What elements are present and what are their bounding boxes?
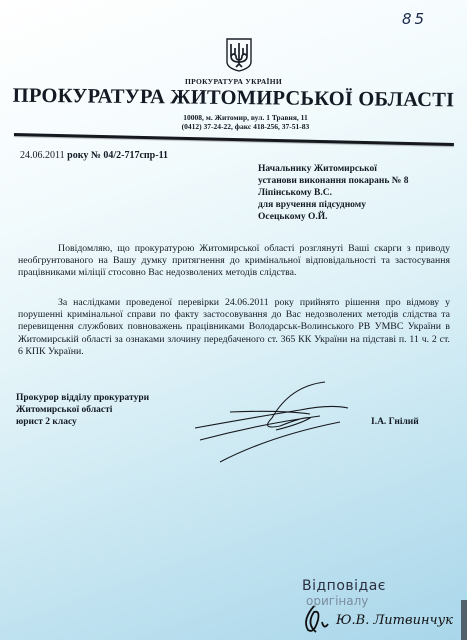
organization-title: ПРОКУРАТУРА ЖИТОМИРСЬКОЇ ОБЛАСТІ (0, 85, 467, 113)
address-line: 10008, м. Житомир, вул. 1 Травня, 11 (12, 113, 467, 122)
handwritten-certification-signature-icon: Ю.В. Литвинчук (300, 602, 460, 636)
phone-fax-line: (0412) 37-24-22, факс 418-256, 37-51-83 (12, 122, 467, 131)
addressee-block: Начальнику Житомирської установи виконан… (258, 163, 408, 223)
trident-coat-of-arms-icon (226, 38, 252, 72)
reference-label: року № (67, 150, 101, 161)
signer-name: І.А. Гнілий (371, 417, 419, 427)
body-paragraph-1: Повідомляю, що прокуратурою Житомирської… (18, 243, 450, 280)
signer-title-line: Житомирської області (16, 404, 149, 416)
addressee-line: Осецькому О.Й. (258, 211, 408, 223)
body-paragraph-2: За наслідками проведеної перевірки 24.06… (18, 297, 450, 358)
svg-text:Ю.В. Литвинчук: Ю.В. Литвинчук (335, 613, 453, 628)
scanned-letter-page: 85 ПРОКУРАТУРА УКРАЇНИ ПРОКУРАТУРА ЖИТОМ… (0, 0, 467, 640)
signer-title-line: Прокурор відділу прокуратури (16, 392, 149, 404)
scan-edge-artifact (461, 600, 467, 640)
addressee-line: Ліпінському В.С. (258, 187, 408, 199)
signature-scribble-icon (190, 380, 360, 465)
addressee-line: для вручення підсудному (258, 199, 408, 211)
reference-number: 04/2-717спр-11 (103, 150, 168, 161)
certification-stamp: Відповідає (302, 578, 386, 594)
header-divider (14, 133, 454, 146)
reference-line: 24.06.2011 року № 04/2-717спр-11 (20, 150, 168, 161)
signer-title-line: юрист 2 класу (16, 416, 149, 428)
addressee-line: Начальнику Житомирської (258, 163, 408, 175)
addressee-line: установи виконання покарань № 8 (258, 175, 408, 187)
handwritten-page-number: 85 (402, 10, 427, 28)
reference-date: 24.06.2011 (20, 150, 65, 161)
signer-title-block: Прокурор відділу прокуратури Житомирсько… (16, 392, 149, 429)
